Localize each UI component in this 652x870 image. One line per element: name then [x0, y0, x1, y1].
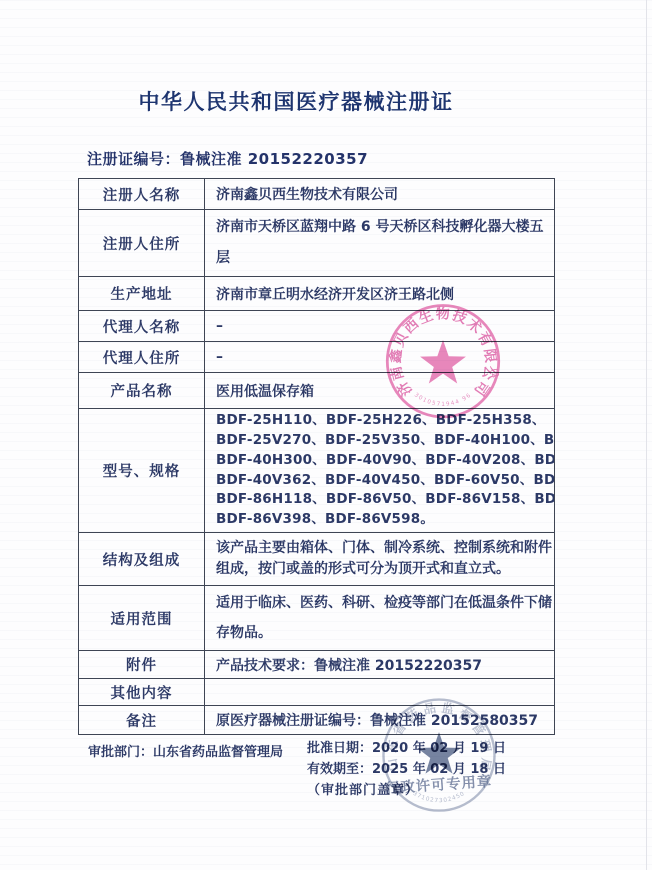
row-label-cell: 适用范围 [79, 586, 205, 651]
cert-table-body: 注册人名称济南鑫贝西生物技术有限公司注册人住所济南市天桥区蓝翔中路 6 号天桥区… [79, 179, 555, 735]
registration-number-line: 注册证编号：鲁械注准 20152220357 [87, 148, 368, 169]
row-label-cell: 生产地址 [79, 277, 205, 311]
row-value-cell: 产品技术要求：鲁械注准 20152220357 [205, 651, 555, 679]
row-value-cell: 济南鑫贝西生物技术有限公司 [205, 179, 555, 210]
table-row: 型号、规格BDF-25H110、BDF-25H226、BDF-25H358、BD… [79, 409, 555, 533]
row-value-cell: 济南市章丘明水经济开发区济王路北侧 [205, 277, 555, 311]
row-value-line: 该产品主要由箱体、门体、制冷系统、控制系统和附件 [216, 538, 546, 560]
row-value-cell: – [205, 342, 555, 373]
table-row: 注册人名称济南鑫贝西生物技术有限公司 [79, 179, 555, 210]
row-value-line: BDF-25V270、BDF-25V350、BDF-40H100、BDF-40H… [216, 431, 546, 451]
row-label-cell: 备注 [79, 706, 205, 735]
table-row: 代理人住所– [79, 342, 555, 373]
row-value-cell: 适用于临床、医药、科研、检疫等部门在低温条件下储存物品。 [205, 586, 555, 651]
row-value-line: 组成，按门或盖的形式可分为顶开式和直立式。 [216, 559, 546, 581]
footer-seal-note: （审批部门盖章） [307, 780, 506, 801]
row-value-line: BDF-86H118、BDF-86V50、BDF-86V158、BDF-86V3… [216, 490, 546, 510]
row-value-cell: 该产品主要由箱体、门体、制冷系统、控制系统和附件组成，按门或盖的形式可分为顶开式… [205, 533, 555, 586]
row-label-cell: 其他内容 [79, 679, 205, 706]
certificate-table: 注册人名称济南鑫贝西生物技术有限公司注册人住所济南市天桥区蓝翔中路 6 号天桥区… [78, 178, 555, 735]
table-row: 备注原医疗器械注册证编号：鲁械注准 20152580357 [79, 706, 555, 735]
footer-valid-until: 有效期至：2025 年 02 月 18 日 [307, 759, 506, 780]
row-value-cell: – [205, 311, 555, 342]
table-row: 注册人住所济南市天桥区蓝翔中路 6 号天桥区科技孵化器大楼五层 [79, 210, 555, 277]
row-value-line: BDF-86V398、BDF-86V598。 [216, 510, 546, 530]
certificate-title: 中华人民共和国医疗器械注册证 [0, 86, 592, 116]
row-label-cell: 注册人名称 [79, 179, 205, 210]
row-value-line: BDF-40H300、BDF-40V90、BDF-40V208、BDF-40V2… [216, 451, 546, 471]
footer-approval-date: 批准日期：2020 年 02 月 19 日 [307, 738, 506, 759]
certificate-page: 中华人民共和国医疗器械注册证 注册证编号：鲁械注准 20152220357 注册… [0, 0, 652, 870]
row-label-cell: 注册人住所 [79, 210, 205, 277]
footer-right-block: 批准日期：2020 年 02 月 19 日 有效期至：2025 年 02 月 1… [307, 738, 506, 801]
row-value-line: 济南市天桥区蓝翔中路 6 号天桥区科技孵化器大楼五 [216, 212, 546, 243]
table-row: 代理人名称– [79, 311, 555, 342]
row-value-line: BDF-40V362、BDF-40V450、BDF-60V50、BDF-86H5… [216, 471, 546, 491]
table-row: 其他内容 [79, 679, 555, 706]
row-value-cell: 原医疗器械注册证编号：鲁械注准 20152580357 [205, 706, 555, 735]
page-edge-line [646, 0, 647, 870]
row-value-line: BDF-25H110、BDF-25H226、BDF-25H358、 [216, 411, 546, 431]
row-value-cell: BDF-25H110、BDF-25H226、BDF-25H358、BDF-25V… [205, 409, 555, 533]
row-label-cell: 型号、规格 [79, 409, 205, 533]
row-label-cell: 产品名称 [79, 373, 205, 409]
footer-approval-department: 审批部门：山东省药品监督管理局 [88, 741, 283, 760]
row-value-line: 适用于临床、医药、科研、检疫等部门在低温条件下储 [216, 588, 546, 618]
table-row: 结构及组成该产品主要由箱体、门体、制冷系统、控制系统和附件组成，按门或盖的形式可… [79, 533, 555, 586]
row-label-cell: 附件 [79, 651, 205, 679]
table-row: 产品名称医用低温保存箱 [79, 373, 555, 409]
row-label-cell: 代理人名称 [79, 311, 205, 342]
table-row: 生产地址济南市章丘明水经济开发区济王路北侧 [79, 277, 555, 311]
row-value-cell: 济南市天桥区蓝翔中路 6 号天桥区科技孵化器大楼五层 [205, 210, 555, 277]
row-value-cell [205, 679, 555, 706]
table-row: 附件产品技术要求：鲁械注准 20152220357 [79, 651, 555, 679]
row-label-cell: 代理人住所 [79, 342, 205, 373]
row-value-line: 层 [216, 243, 546, 274]
row-value-cell: 医用低温保存箱 [205, 373, 555, 409]
row-label-cell: 结构及组成 [79, 533, 205, 586]
row-value-line: 存物品。 [216, 618, 546, 648]
table-row: 适用范围适用于临床、医药、科研、检疫等部门在低温条件下储存物品。 [79, 586, 555, 651]
